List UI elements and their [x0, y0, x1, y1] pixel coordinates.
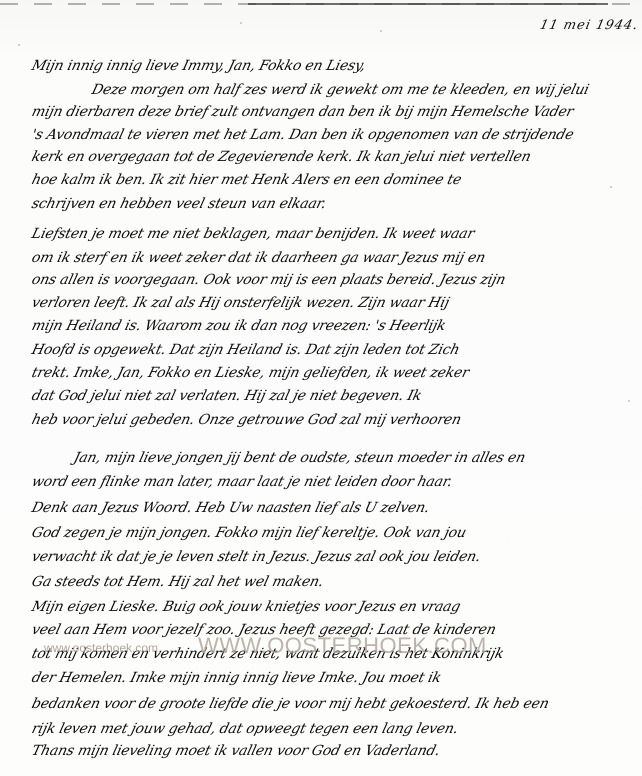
letter-date: 11 mei 1944.	[538, 18, 639, 33]
letter-line: word een flinke man later, maar laat je …	[30, 474, 454, 490]
letter-line: God zegen je mijn jongen. Fokko mijn lie…	[30, 525, 468, 541]
letter-line: mijn Heiland is. Waarom zou ik dan nog v…	[30, 318, 447, 334]
letter-line: verloren leeft. Ik zal als Hij onsterfel…	[30, 295, 451, 311]
letter-line: om ik sterf en ik weet zeker dat ik daar…	[30, 250, 487, 266]
scan-speck	[18, 44, 20, 46]
letter-line: bedanken voor de groote liefde die je vo…	[30, 696, 551, 712]
letter-page: 11 mei 1944. Mijn innig innig lieve Immy…	[0, 0, 642, 776]
letter-line: Mijn eigen Lieske. Buig ook jouw knietje…	[30, 599, 462, 615]
watermark-small: www.oosterhoek.com	[44, 641, 158, 655]
letter-line: ons allen is voorgegaan. Ook voor mij is…	[30, 272, 507, 288]
letter-line: Liefsten je moet me niet beklagen, maar …	[30, 226, 476, 242]
letter-line: Hoofd is opgewekt. Dat zijn Heiland is. …	[30, 342, 461, 358]
letter-line: rijk leven met jouw gehad, dat opweegt t…	[30, 721, 460, 737]
letter-line: mijn dierbaren deze brief zult ontvangen…	[30, 104, 575, 120]
letter-line: verwacht ik dat je je leven stelt in Jez…	[30, 549, 482, 565]
scan-top-edge-dark	[248, 3, 608, 5]
letter-line: kerk en overgegaan tot de Zegevierende k…	[30, 149, 532, 165]
letter-line: hoe kalm ik ben. Ik zit hier met Henk Al…	[30, 172, 463, 188]
letter-line: Deze morgen om half zes werd ik gewekt o…	[90, 82, 591, 98]
scan-speck	[628, 400, 630, 402]
watermark-large: WWW.OOSTERHOEK.COM	[198, 633, 487, 659]
letter-line: 's Avondmaal te vieren met het Lam. Dan …	[30, 127, 575, 143]
letter-line: heb voor jelui gebeden. Onze getrouwe Go…	[30, 412, 463, 428]
scan-speck	[380, 30, 382, 32]
letter-line: Jan, mijn lieve jongen jij bent de oudst…	[72, 450, 527, 466]
letter-line: schrijven en hebben veel steun van elkaa…	[30, 196, 328, 212]
letter-line: dat God jelui niet zal verlaten. Hij zal…	[30, 388, 423, 404]
letter-line: trekt. Imke, Jan, Fokko en Lieske, mijn …	[30, 365, 471, 381]
scan-speck	[240, 22, 242, 24]
letter-line: der Hemelen. Imke mijn innig innig lieve…	[30, 670, 443, 686]
letter-line: Ga steeds tot Hem. Hij zal het wel maken…	[30, 574, 325, 590]
letter-line: Denk aan Jezus Woord. Heb Uw naasten lie…	[30, 500, 431, 516]
letter-line: Thans mijn lieveling moet ik vallen voor…	[30, 743, 442, 759]
scan-speck	[610, 186, 612, 188]
letter-line: Mijn innig innig lieve Immy, Jan, Fokko …	[30, 58, 367, 74]
